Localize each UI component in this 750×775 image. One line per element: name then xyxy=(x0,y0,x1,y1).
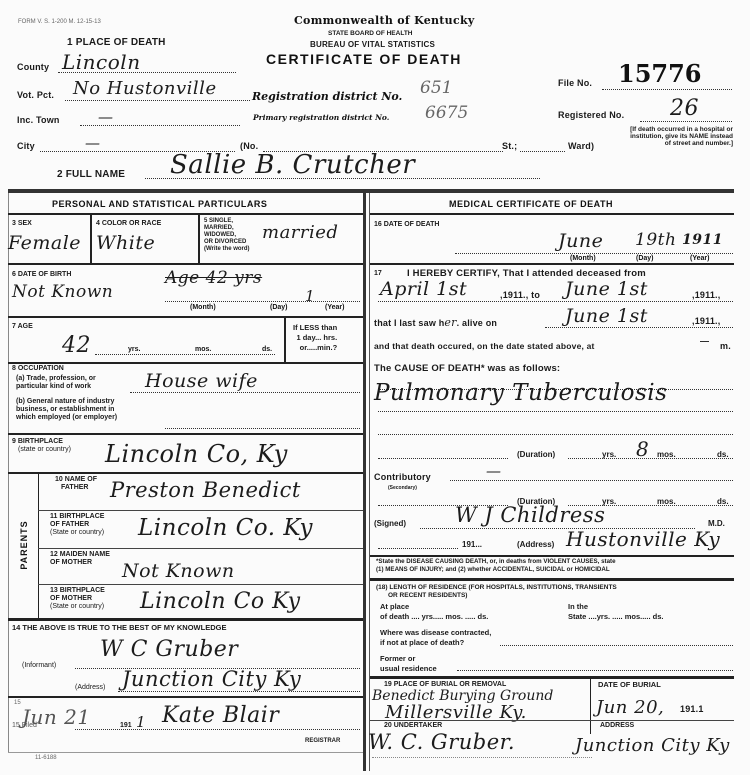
informant-value: W C Gruber xyxy=(100,637,238,662)
vot-pct-line xyxy=(65,100,250,101)
contributory-value: — xyxy=(486,462,501,480)
doctor-address-label: (Address) xyxy=(517,541,554,549)
vot-pct-value: No Hustonville xyxy=(73,78,217,99)
rule xyxy=(370,676,734,679)
duration-values-line xyxy=(568,458,733,459)
less-than-line: or.....min.? xyxy=(293,343,337,353)
registered-no-value: 26 xyxy=(670,96,699,121)
last-saw-date: June 1st xyxy=(565,305,648,327)
rule xyxy=(8,316,363,318)
sex-value: Female xyxy=(8,232,81,254)
residence-contracted-line xyxy=(500,645,733,646)
mother-birthplace-value: Lincoln Co Ky xyxy=(140,589,301,614)
ds-label: ds. xyxy=(262,346,272,353)
day-label: (Day) xyxy=(270,304,288,311)
last-saw-text: that I last saw her. alive on xyxy=(374,316,497,329)
father-name-value: Preston Benedict xyxy=(110,478,301,502)
filed-number: 15 xyxy=(14,700,21,706)
residence-former: Former or usual residence xyxy=(380,654,437,674)
registration-district-value: 651 xyxy=(420,78,452,98)
year-label: (Year) xyxy=(325,304,344,311)
burial-date-year: 191.1 xyxy=(680,704,704,714)
county-label: County xyxy=(17,62,49,72)
father-birthplace-label: 11 BIRTHPLACE OF FATHER (State or countr… xyxy=(50,513,104,537)
residence-contracted-line: Where was disease contracted, xyxy=(380,628,491,638)
undertaker-line xyxy=(372,757,592,758)
contributory-mos-label: mos. xyxy=(657,498,676,506)
dod-line xyxy=(455,253,733,254)
certify-number: 17 xyxy=(374,270,382,278)
dod-day: 19th xyxy=(635,230,676,250)
less-than-line: 1 day... hrs. xyxy=(293,333,337,343)
duration-yrs-label: yrs. xyxy=(602,451,616,459)
last-saw-label: that I last saw h xyxy=(374,318,444,328)
file-no-line xyxy=(602,89,732,90)
divider xyxy=(590,679,591,734)
signed-value: W J Childress xyxy=(455,503,605,527)
primary-registration-label: Primary registration district No. xyxy=(253,113,389,122)
rule xyxy=(370,555,734,557)
dod-year: 1911 xyxy=(682,232,723,248)
marital-label-line: 5 SINGLE, xyxy=(204,218,250,225)
mother-birthplace-label: 13 BIRTHPLACE OF MOTHER (State or countr… xyxy=(50,587,105,611)
filed-date-value: Jun 21 xyxy=(22,705,91,729)
contributory-line xyxy=(450,480,733,481)
residence-in-state-line: State ....yrs. ..... mos..... ds. xyxy=(568,612,663,622)
father-birthplace-value: Lincoln Co. Ky xyxy=(138,515,313,541)
personal-section-title: PERSONAL AND STATISTICAL PARTICULARS xyxy=(52,199,267,209)
month-label: (Month) xyxy=(190,304,216,311)
residence-contracted: Where was disease contracted, if not at … xyxy=(380,628,491,648)
parents-vertical-label: PARENTS xyxy=(19,515,29,575)
father-name-label: 10 NAME OF FATHER xyxy=(55,476,97,492)
mother-birthplace-label-line: (State or country) xyxy=(50,603,105,611)
registrar-label: REGISTRAR xyxy=(305,737,340,745)
marital-label-line: (Write the word) xyxy=(204,246,250,253)
duration-mos-value: 8 xyxy=(636,437,649,461)
certificate-title: CERTIFICATE OF DEATH xyxy=(266,51,462,67)
medical-section-title: MEDICAL CERTIFICATE OF DEATH xyxy=(449,199,613,209)
marital-label-line: MARRIED, xyxy=(204,225,250,232)
signed-date-line xyxy=(378,548,458,549)
occupation-a-value: House wife xyxy=(145,370,258,392)
occupation-b-label: (b) General nature of industry business,… xyxy=(16,398,117,422)
occupation-label: 8 OCCUPATION xyxy=(12,365,64,373)
commonwealth-heading: Commonwealth of Kentucky xyxy=(294,14,475,27)
mother-birthplace-label-line: 13 BIRTHPLACE xyxy=(50,587,105,595)
occupation-a-line: particular kind of work xyxy=(16,383,96,391)
undertaker-label: 20 UNDERTAKER xyxy=(384,722,442,730)
dob-label: 6 DATE OF BIRTH xyxy=(12,271,71,279)
residence-at-place: At place of death .... yrs..... mos. ...… xyxy=(380,602,488,622)
duration-mos-label: mos. xyxy=(657,451,676,459)
attended-from-year: ,1911., to xyxy=(500,290,540,300)
death-certificate: FORM V. S. 1-200 M. 12-15-13 Commonwealt… xyxy=(0,0,750,775)
rule xyxy=(8,618,363,621)
county-value: Lincoln xyxy=(62,50,141,74)
dod-day-label: (Day) xyxy=(636,255,654,262)
informant-address-label: (Address) xyxy=(75,684,105,692)
contributory-sublabel: (Secondary) xyxy=(388,484,417,492)
birthplace-sublabel: (state or country) xyxy=(18,446,71,454)
cause-line-2 xyxy=(378,411,733,412)
duration-ds-label: ds. xyxy=(717,451,729,459)
residence-former-line: usual residence xyxy=(380,664,437,674)
duration-line xyxy=(378,458,508,459)
cause-line-3 xyxy=(378,434,733,435)
rule xyxy=(370,213,734,215)
mother-name-label-line: 12 MAIDEN NAME xyxy=(50,551,110,559)
cause-label: The CAUSE OF DEATH* was as follows: xyxy=(374,363,560,374)
full-name-label: 2 FULL NAME xyxy=(57,169,125,180)
birthplace-label: 9 BIRTHPLACE xyxy=(12,438,63,446)
age-label: 7 AGE xyxy=(12,323,33,331)
header-rule xyxy=(8,189,734,193)
rule xyxy=(8,362,363,364)
residence-title: (18) LENGTH OF RESIDENCE (FOR HOSPITALS,… xyxy=(376,584,617,600)
occupation-b-line: (b) General nature of industry xyxy=(16,398,117,406)
mother-birthplace-label-line: OF MOTHER xyxy=(50,595,105,603)
last-saw-line xyxy=(545,327,733,328)
street-label: St.; xyxy=(502,141,517,151)
residence-title-line: OR RECENT RESIDENTS) xyxy=(376,592,617,600)
rule xyxy=(370,578,734,581)
mother-name-value: Not Known xyxy=(122,560,235,582)
occupation-b-line xyxy=(165,428,360,429)
primary-registration-value: 6675 xyxy=(425,103,468,123)
occupation-b-line: which employed (or employer) xyxy=(16,414,117,422)
occupation-a-line: (a) Trade, profession, or xyxy=(16,375,96,383)
father-name-label-line: FATHER xyxy=(55,484,97,492)
divider xyxy=(90,214,92,263)
rule xyxy=(8,472,363,474)
place-of-death-label: 1 PLACE OF DEATH xyxy=(67,37,166,48)
dob-struck-value: Age 42 yrs xyxy=(165,268,262,288)
attended-to-year: ,1911., xyxy=(692,290,720,300)
ward-line xyxy=(520,151,565,152)
rule xyxy=(8,696,363,698)
hospital-note: [If death occurred in a hospital or inst… xyxy=(625,126,733,147)
attended-line xyxy=(378,301,733,302)
mos-label: mos. xyxy=(195,346,211,353)
file-no-value: 15776 xyxy=(618,59,702,88)
contributory-label: Contributory xyxy=(374,472,431,482)
inc-town-value: — xyxy=(98,108,113,126)
footnote-line: *State the DISEASE CAUSING DEATH, or, in… xyxy=(376,558,616,566)
cause-value: Pulmonary Tuberculosis xyxy=(374,380,667,406)
last-saw-year: ,1911., xyxy=(692,316,720,326)
death-time-suffix: m. xyxy=(720,341,731,351)
dod-label: 16 DATE OF DEATH xyxy=(374,221,439,229)
father-name-label-line: 10 NAME OF xyxy=(55,476,97,484)
city-label: City xyxy=(17,141,35,151)
last-saw-label-2: alive on xyxy=(462,318,497,328)
parents-divider xyxy=(38,472,39,618)
doctor-address-value: Hustonville Ky xyxy=(566,527,720,551)
rule xyxy=(8,263,363,265)
registrar-signature: Kate Blair xyxy=(162,703,279,728)
dod-month: June xyxy=(558,230,603,252)
board-heading: STATE BOARD OF HEALTH xyxy=(328,30,413,38)
bureau-heading: BUREAU OF VITAL STATISTICS xyxy=(310,40,435,49)
less-than-day-note: If LESS than 1 day... hrs. or.....min.? xyxy=(293,323,337,353)
marital-value: married xyxy=(262,222,338,243)
registered-no-line xyxy=(640,121,732,122)
form-number: FORM V. S. 1-200 M. 12-15-13 xyxy=(18,19,101,25)
death-time: — xyxy=(700,336,709,346)
contributory-ds-label: ds. xyxy=(717,498,729,506)
inc-town-label: Inc. Town xyxy=(17,115,60,125)
residence-in-state-line: In the xyxy=(568,602,663,612)
attended-from-value: April 1st xyxy=(380,278,467,300)
attended-to-value: June 1st xyxy=(565,278,648,300)
marital-label: 5 SINGLE, MARRIED, WIDOWED, OR DIVORCED … xyxy=(204,218,250,253)
signed-year: 191... xyxy=(462,541,482,549)
registered-no-label: Registered No. xyxy=(558,110,624,120)
death-occurred-text: and that death occured, on the date stat… xyxy=(374,341,595,351)
father-birthplace-label-line: OF FATHER xyxy=(50,521,104,529)
race-value: White xyxy=(96,232,155,254)
rule xyxy=(38,548,363,549)
father-birthplace-label-line: (State or country) xyxy=(50,529,104,537)
duration-label: (Duration) xyxy=(517,451,555,459)
residence-contracted-line: if not at place of death? xyxy=(380,638,491,648)
occupation-b-line: business, or establishment in xyxy=(16,406,117,414)
rule xyxy=(8,433,363,435)
burial-date-label: DATE OF BURIAL xyxy=(598,681,661,689)
birthplace-value: Lincoln Co, Ky xyxy=(105,440,288,468)
dob-year-value: 1 xyxy=(305,287,315,305)
informant-address-line xyxy=(118,691,360,692)
residence-former-line xyxy=(457,670,733,671)
residence-at-place-line: At place xyxy=(380,602,488,612)
file-no-label: File No. xyxy=(558,78,592,88)
mother-name-label: 12 MAIDEN NAME OF MOTHER xyxy=(50,551,110,567)
residence-in-state: In the State ....yrs. ..... mos..... ds. xyxy=(568,602,663,622)
footer-code: 11-6188 xyxy=(35,755,57,761)
father-birthplace-label-line: 11 BIRTHPLACE xyxy=(50,513,104,521)
registration-district-label: Registration district No. xyxy=(252,90,402,103)
occupation-a-line xyxy=(130,392,360,393)
burial-date-value: Jun 20, xyxy=(596,697,664,718)
divider xyxy=(198,214,200,263)
city-value: — xyxy=(85,134,100,152)
undertaker-address-value: Junction City Ky xyxy=(575,735,730,756)
rule xyxy=(38,510,363,511)
dob-line xyxy=(165,301,360,302)
marital-label-line: OR DIVORCED xyxy=(204,239,250,246)
center-divider-2 xyxy=(369,193,370,771)
mother-name-label-line: OF MOTHER xyxy=(50,559,110,567)
full-name-value: Sallie B. Crutcher xyxy=(170,150,415,180)
age-value: 42 xyxy=(62,333,91,358)
rule xyxy=(8,752,363,753)
divider xyxy=(284,317,286,362)
race-label: 4 COLOR OR RACE xyxy=(96,220,161,228)
residence-at-place-line: of death .... yrs..... mos. ..... ds. xyxy=(380,612,488,622)
yrs-label: yrs. xyxy=(128,346,140,353)
occupation-a-label: (a) Trade, profession, or particular kin… xyxy=(16,375,96,391)
ward-label: Ward) xyxy=(568,141,594,151)
filed-line xyxy=(75,729,360,730)
dob-value: Not Known xyxy=(12,282,113,302)
informant-address-value: Junction City Ky xyxy=(122,667,301,691)
dod-month-label: (Month) xyxy=(570,255,596,262)
dod-year-label: (Year) xyxy=(690,255,709,262)
informant-label: (Informant) xyxy=(22,662,56,670)
center-divider xyxy=(363,193,366,771)
footnote-line: (1) MEANS OF INJURY; and (2) whether ACC… xyxy=(376,566,616,574)
sex-label: 3 SEX xyxy=(12,220,32,228)
vot-pct-label: Vot. Pct. xyxy=(17,90,54,100)
marital-label-line: WIDOWED, xyxy=(204,232,250,239)
rule xyxy=(370,263,734,265)
rule xyxy=(370,720,734,721)
cause-footnote: *State the DISEASE CAUSING DEATH, or, in… xyxy=(376,558,616,574)
residence-former-line: Former or xyxy=(380,654,437,664)
informant-statement: 14 THE ABOVE IS TRUE TO THE BEST OF MY K… xyxy=(12,624,226,632)
rule xyxy=(38,584,363,585)
residence-title-line: (18) LENGTH OF RESIDENCE (FOR HOSPITALS,… xyxy=(376,584,617,592)
undertaker-value: W. C. Gruber. xyxy=(368,730,515,754)
less-than-line: If LESS than xyxy=(293,323,337,333)
rule xyxy=(8,213,363,215)
signed-label: (Signed) xyxy=(374,520,406,528)
last-saw-pronoun: er xyxy=(444,316,456,329)
age-line xyxy=(95,354,275,355)
undertaker-address-label: ADDRESS xyxy=(600,722,634,730)
